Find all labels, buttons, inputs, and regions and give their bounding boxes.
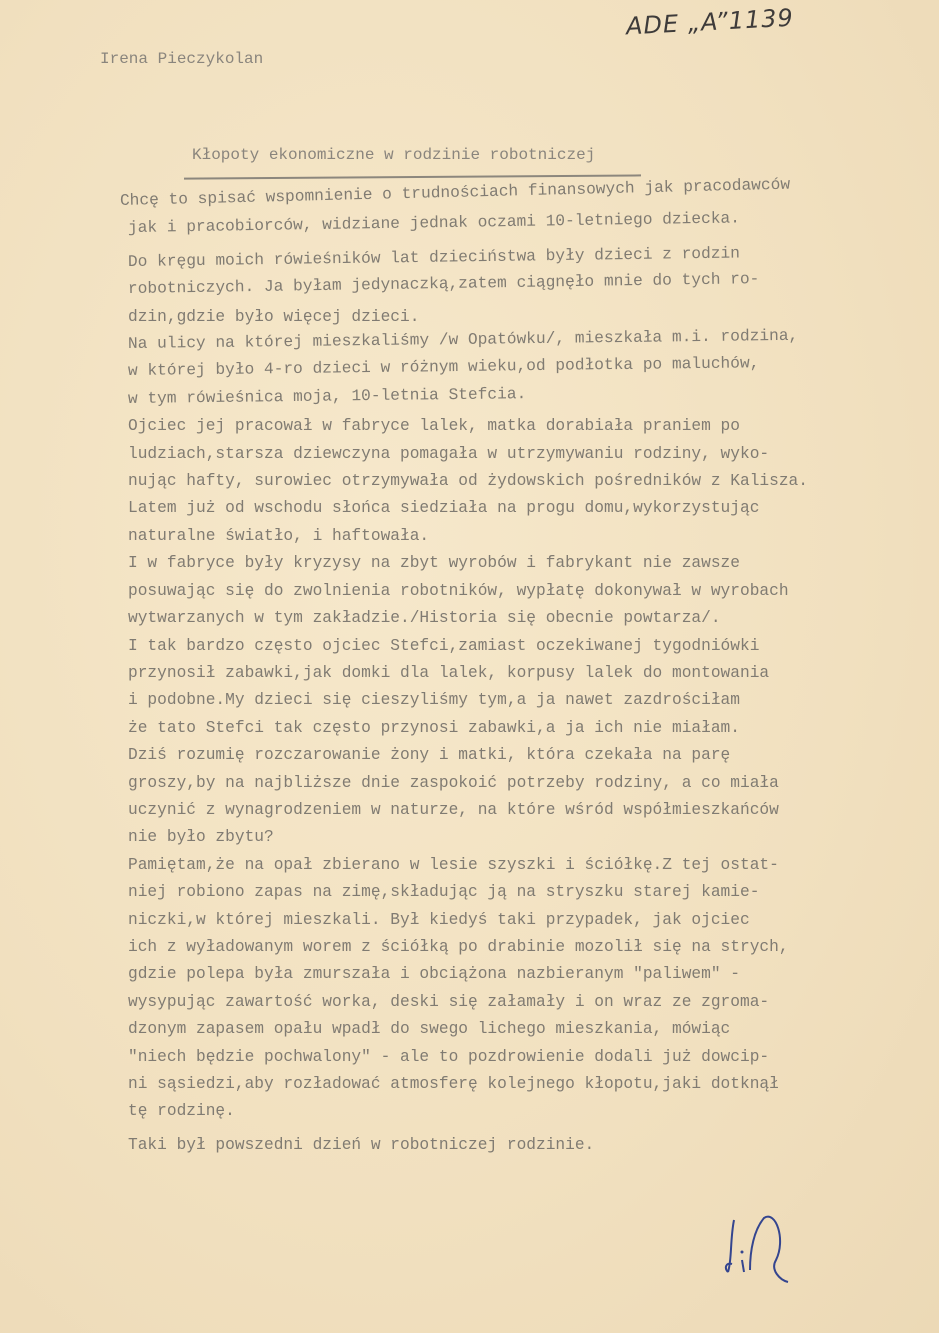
text-line: I w fabryce były kryzysy na zbyt wyrobów… [128, 550, 928, 577]
text-line: nując hafty, surowiec otrzymywała od żyd… [128, 468, 928, 495]
text-line: ich z wyładowanym worem z ściółką po dra… [128, 934, 928, 961]
text-line: uczynić z wynagrodzeniem w naturze, na k… [128, 797, 928, 824]
text-line: posuwając się do zwolnienia robotników, … [128, 578, 928, 605]
text-line: naturalne światło, i haftowała. [128, 523, 928, 550]
text-line: tę rodzinę. [128, 1098, 928, 1125]
text-line: Pamiętam,że na opał zbierano w lesie szy… [128, 852, 928, 879]
text-line: groszy,by na najbliższe dnie zaspokoić p… [128, 770, 928, 797]
text-line: nie było zbytu? [128, 824, 928, 851]
text-line: wytwarzanych w tym zakładzie./Historia s… [128, 605, 928, 632]
text-line: ludziach,starsza dziewczyna pomagała w u… [128, 441, 928, 468]
text-line: niczki,w której mieszkali. Był kiedyś ta… [128, 907, 928, 934]
text-line: Dziś rozumię rozczarowanie żony i matki,… [128, 742, 928, 769]
text-line: dzonym zapasem opału wpadł do swego lich… [128, 1016, 928, 1043]
text-line: Latem już od wschodu słońca siedziała na… [128, 495, 928, 522]
text-line: i podobne.My dzieci się cieszyliśmy tym,… [128, 687, 928, 714]
text-line: Ojciec jej pracował w fabryce lalek, mat… [128, 413, 928, 440]
archive-reference-mark: ADE „A”1139 [625, 4, 794, 41]
text-line: niej robiono zapas na zimę,składując ją … [128, 879, 928, 906]
text-line: "niech będzie pochwalony" - ale to pozdr… [128, 1044, 928, 1071]
text-line: że tato Stefci tak często przynosi zabaw… [128, 715, 928, 742]
document-body: Chcę to spisać wspomnienie o trudnościac… [128, 188, 928, 1159]
text-line: gdzie polepa była zmurszała i obciążona … [128, 961, 928, 988]
text-line: Taki był powszedni dzień w robotniczej r… [128, 1132, 928, 1159]
handwritten-signature [720, 1210, 800, 1290]
author-name: Irena Pieczykolan [100, 50, 263, 68]
text-line: I tak bardzo często ojciec Stefci,zamias… [128, 633, 928, 660]
document-title: Kłopoty ekonomiczne w rodzinie robotnicz… [192, 146, 595, 164]
text-line: przynosił zabawki,jak domki dla lalek, k… [128, 660, 928, 687]
text-line: wysypując zawartość worka, deski się zał… [128, 989, 928, 1016]
text-line: ni sąsiedzi,aby rozładować atmosferę kol… [128, 1071, 928, 1098]
